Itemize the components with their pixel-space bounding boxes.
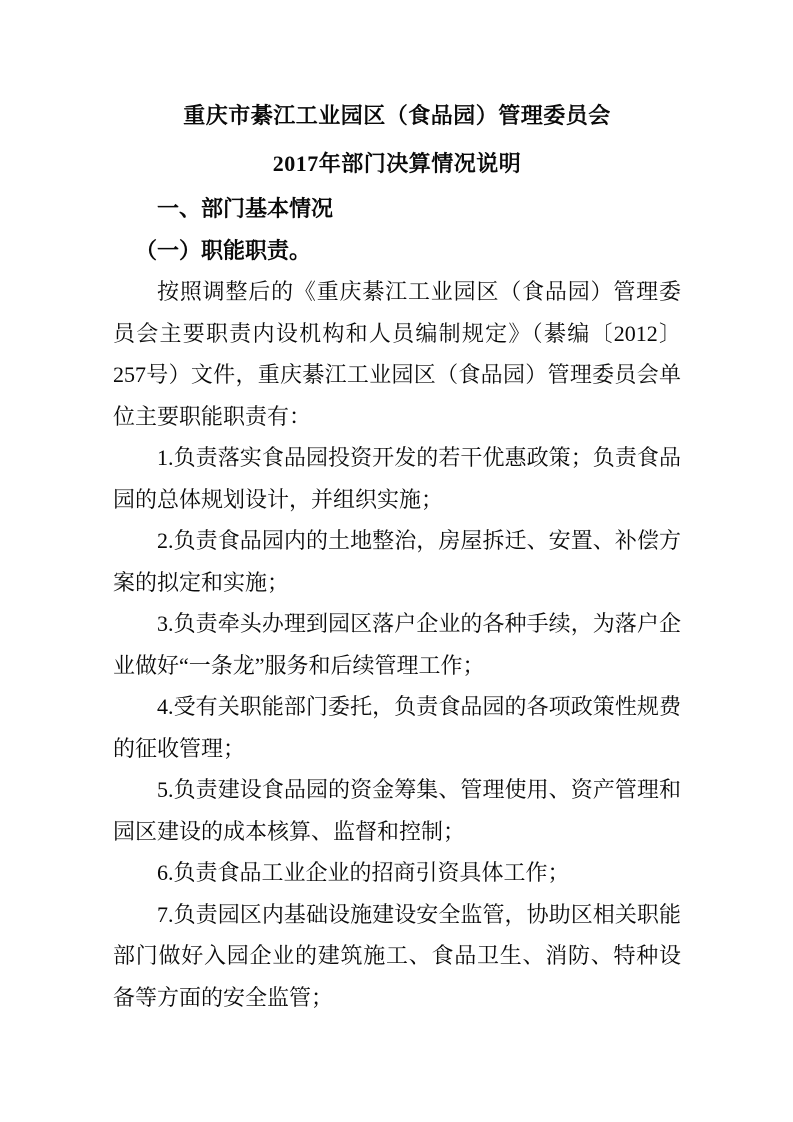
duty-item-5: 5.负责建设食品园的资金筹集、管理使用、资产管理和园区建设的成本核算、监督和控制… — [113, 769, 681, 852]
document-subtitle: 2017年部门决算情况说明 — [113, 140, 681, 188]
duty-item-3: 3.负责牵头办理到园区落户企业的各种手续，为落户企业做好“一条龙”服务和后续管理… — [113, 603, 681, 686]
subsection-heading: （一）职能职责。 — [113, 230, 681, 272]
intro-paragraph: 按照调整后的《重庆綦江工业园区（食品园）管理委员会主要职责内设机构和人员编制规定… — [113, 271, 681, 437]
duty-item-4: 4.受有关职能部门委托，负责食品园的各项政策性规费的征收管理； — [113, 686, 681, 769]
duty-item-6: 6.负责食品工业企业的招商引资具体工作； — [113, 852, 681, 894]
duty-item-7: 7.负责园区内基础设施建设安全监管，协助区相关职能部门做好入园企业的建筑施工、食… — [113, 894, 681, 1019]
duty-item-1: 1.负责落实食品园投资开发的若干优惠政策；负责食品园的总体规划设计，并组织实施； — [113, 437, 681, 520]
section-heading: 一、部门基本情况 — [113, 188, 681, 230]
duty-item-2: 2.负责食品园内的土地整治，房屋拆迁、安置、补偿方案的拟定和实施； — [113, 520, 681, 603]
document-page: 重庆市綦江工业园区（食品园）管理委员会 2017年部门决算情况说明 一、部门基本… — [0, 0, 793, 1122]
document-title: 重庆市綦江工业园区（食品园）管理委员会 — [113, 92, 681, 140]
